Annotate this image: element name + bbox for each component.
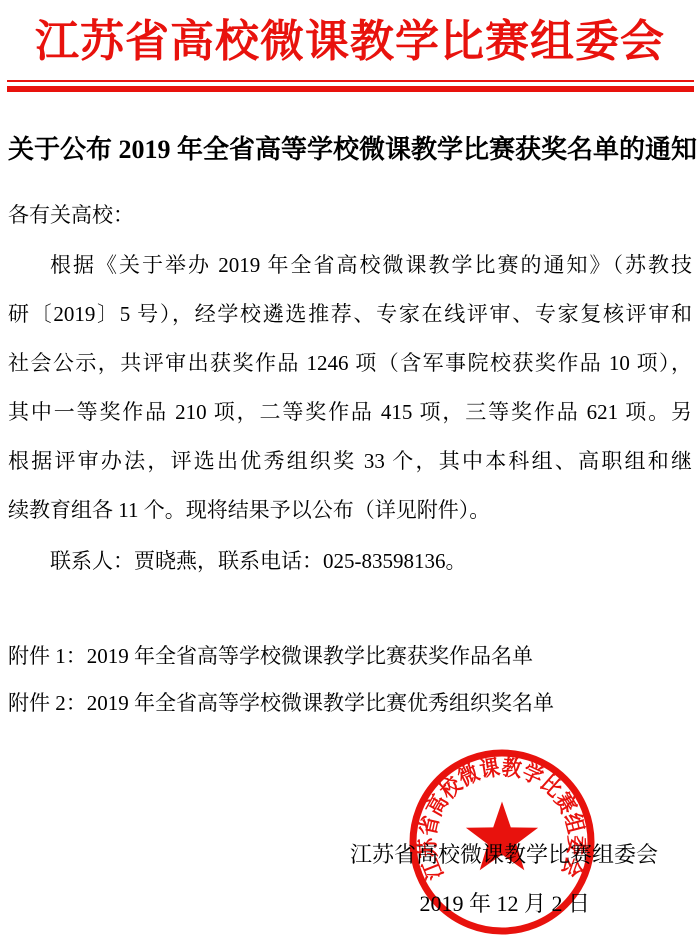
notice-title: 关于公布 2019 年全省高等学校微课教学比赛获奖名单的通知 (8, 129, 692, 166)
body-line: 其中一等奖作品 210 项，二等奖作品 415 项，三等奖作品 621 项。另 (8, 388, 692, 437)
letterhead-organization-title: 江苏省高校微课教学比赛组委会 (0, 5, 700, 69)
letterhead-rule-thin (7, 80, 694, 82)
document-date: 2019 年 12 月 2 日 (0, 891, 590, 916)
notice-document-page: 江苏省高校微课教学比赛组委会 关于公布 2019 年全省高等学校微课教学比赛获奖… (0, 0, 700, 949)
attachment-item-1: 附件 1：2019 年全省高等学校微课教学比赛获奖作品名单 (8, 644, 692, 669)
attachment-item-2: 附件 2：2019 年全省高等学校微课教学比赛优秀组织奖名单 (8, 691, 692, 716)
body-line: 根据评审办法，评选出优秀组织奖 33 个，其中本科组、高职组和继 (8, 437, 692, 486)
notice-body-paragraph: 根据《关于举办 2019 年全省高校微课教学比赛的通知》（苏教技 研〔2019〕… (8, 241, 692, 535)
body-line: 研〔2019〕5 号），经学校遴选推荐、专家在线评审、专家复核评审和 (8, 290, 692, 339)
body-line: 根据《关于举办 2019 年全省高校微课教学比赛的通知》（苏教技 (8, 241, 692, 290)
letterhead-rule-thick (7, 86, 694, 92)
salutation: 各有关高校： (8, 203, 692, 228)
contact-info-line: 联系人：贾晓燕，联系电话：025-83598136。 (8, 537, 692, 586)
body-line: 社会公示，共评审出获奖作品 1246 项（含军事院校获奖作品 10 项）， (8, 339, 692, 388)
body-line: 续教育组各 11 个。现将结果予以公布（详见附件）。 (8, 486, 692, 535)
signature-organization: 江苏省高校微课教学比赛组委会 (0, 842, 658, 867)
